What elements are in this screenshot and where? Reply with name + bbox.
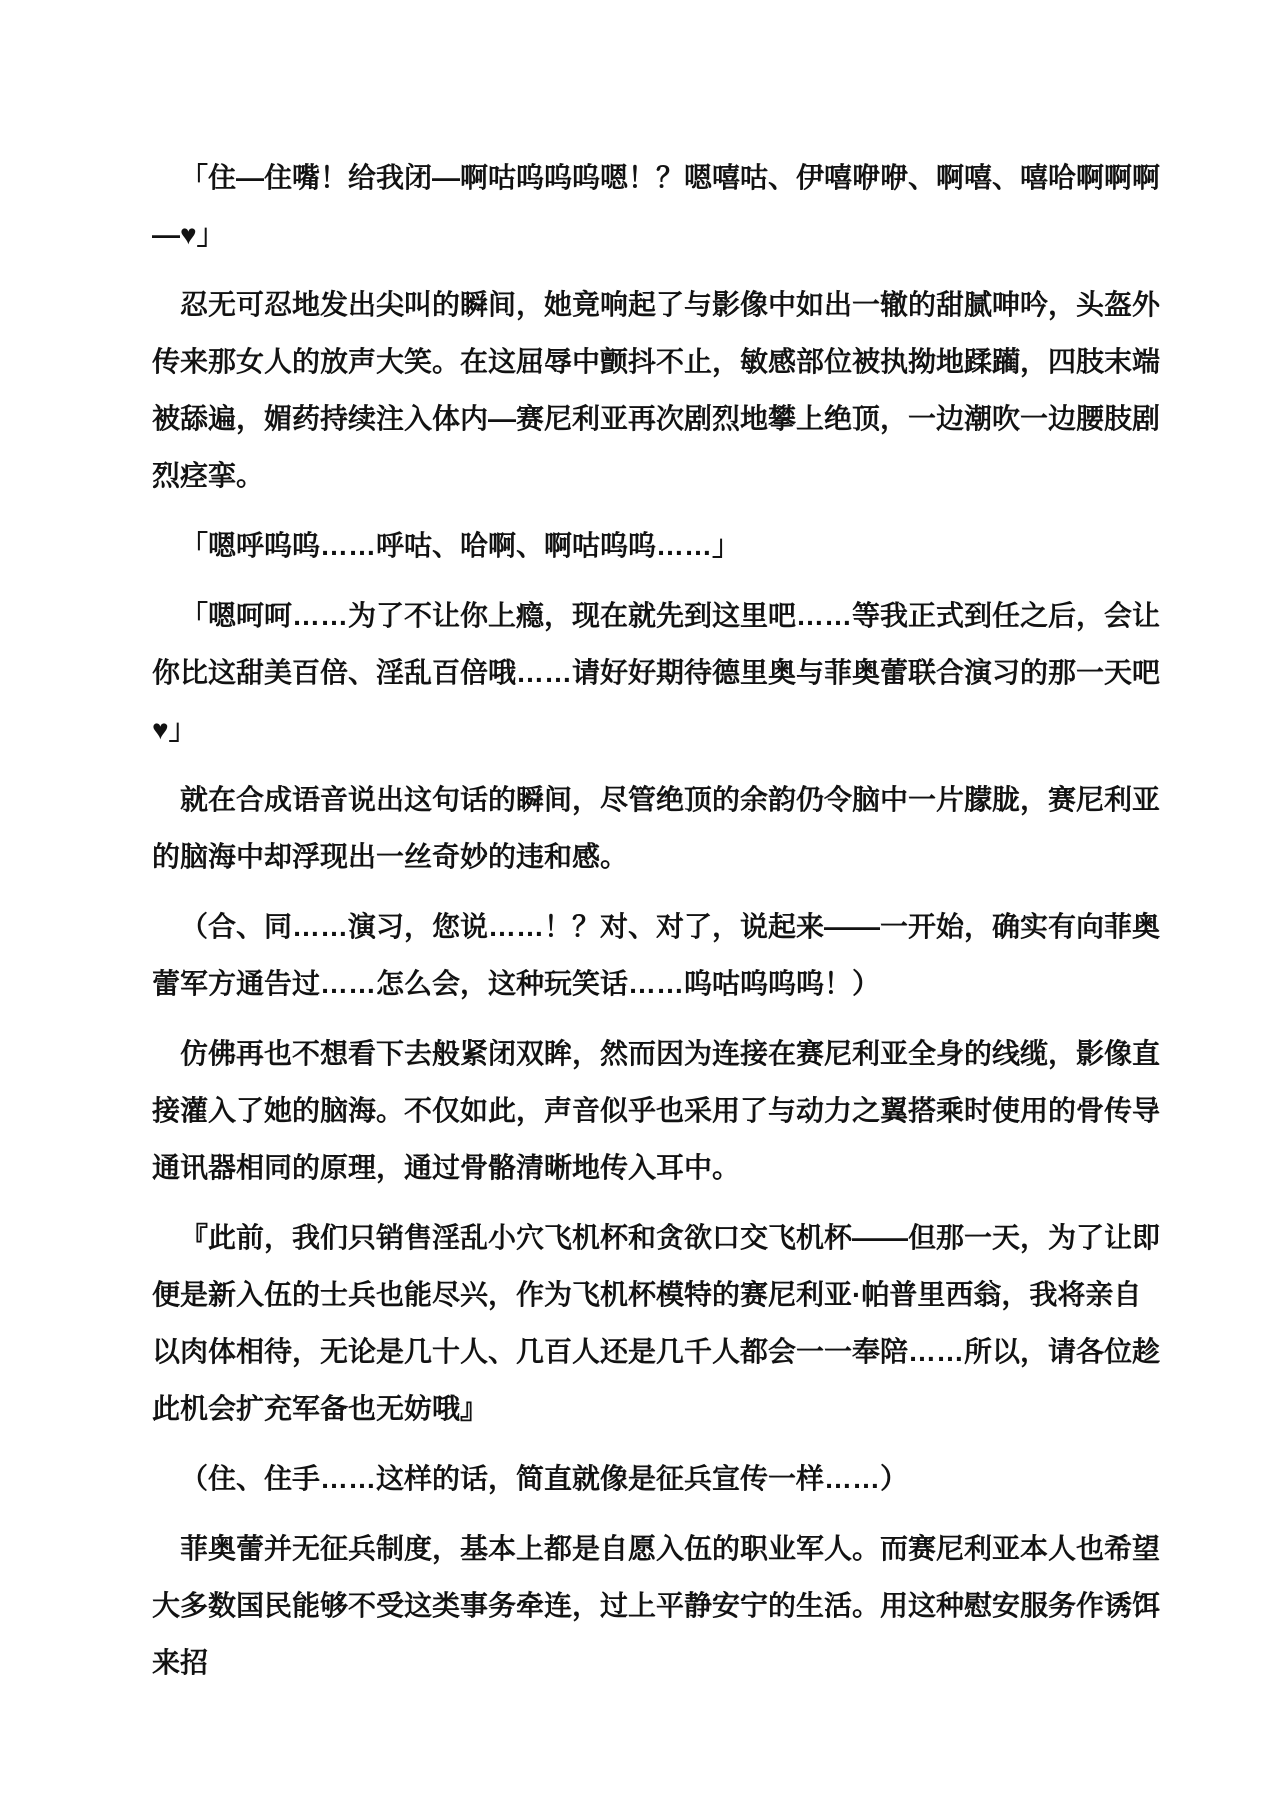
narration-paragraph: 菲奥蕾并无征兵制度，基本上都是自愿入伍的职业军人。而赛尼利亚本人也希望大多数国民… xyxy=(152,1520,1166,1691)
thought-paragraph: （合、同……演习，您说……！？对、对了，说起来——一开始，确实有向菲奥蕾军方通告… xyxy=(152,898,1166,1012)
broadcast-paragraph: 『此前，我们只销售淫乱小穴飞机杯和贪欲口交飞机杯——但那一天，为了让即便是新入伍… xyxy=(152,1209,1166,1437)
dialogue-paragraph: 「嗯呵呵……为了不让你上瘾，现在就先到这里吧……等我正式到任之后，会让你比这甜美… xyxy=(152,587,1166,758)
narration-paragraph: 就在合成语音说出这句话的瞬间，尽管绝顶的余韵仍令脑中一片朦胧，赛尼利亚的脑海中却… xyxy=(152,771,1166,885)
narration-paragraph: 仿佛再也不想看下去般紧闭双眸，然而因为连接在赛尼利亚全身的线缆，影像直接灌入了她… xyxy=(152,1025,1166,1196)
novel-page-body: { "content": { "paragraphs": [ "「住—住嘴！给我… xyxy=(0,0,1280,1810)
thought-paragraph: （住、住手……这样的话，简直就像是征兵宣传一样……） xyxy=(152,1450,1166,1507)
narration-paragraph: 忍无可忍地发出尖叫的瞬间，她竟响起了与影像中如出一辙的甜腻呻吟，头盔外传来那女人… xyxy=(152,276,1166,504)
dialogue-paragraph: 「嗯呼呜呜……呼咕、哈啊、啊咕呜呜……」 xyxy=(152,517,1166,574)
dialogue-paragraph: 「住—住嘴！给我闭—啊咕呜呜呜嗯！？嗯嘻咕、伊嘻咿咿、啊嘻、嘻哈啊啊啊—♥」 xyxy=(152,149,1166,263)
novel-page: 「住—住嘴！给我闭—啊咕呜呜呜嗯！？嗯嘻咕、伊嘻咿咿、啊嘻、嘻哈啊啊啊—♥」 忍… xyxy=(0,0,1280,1810)
